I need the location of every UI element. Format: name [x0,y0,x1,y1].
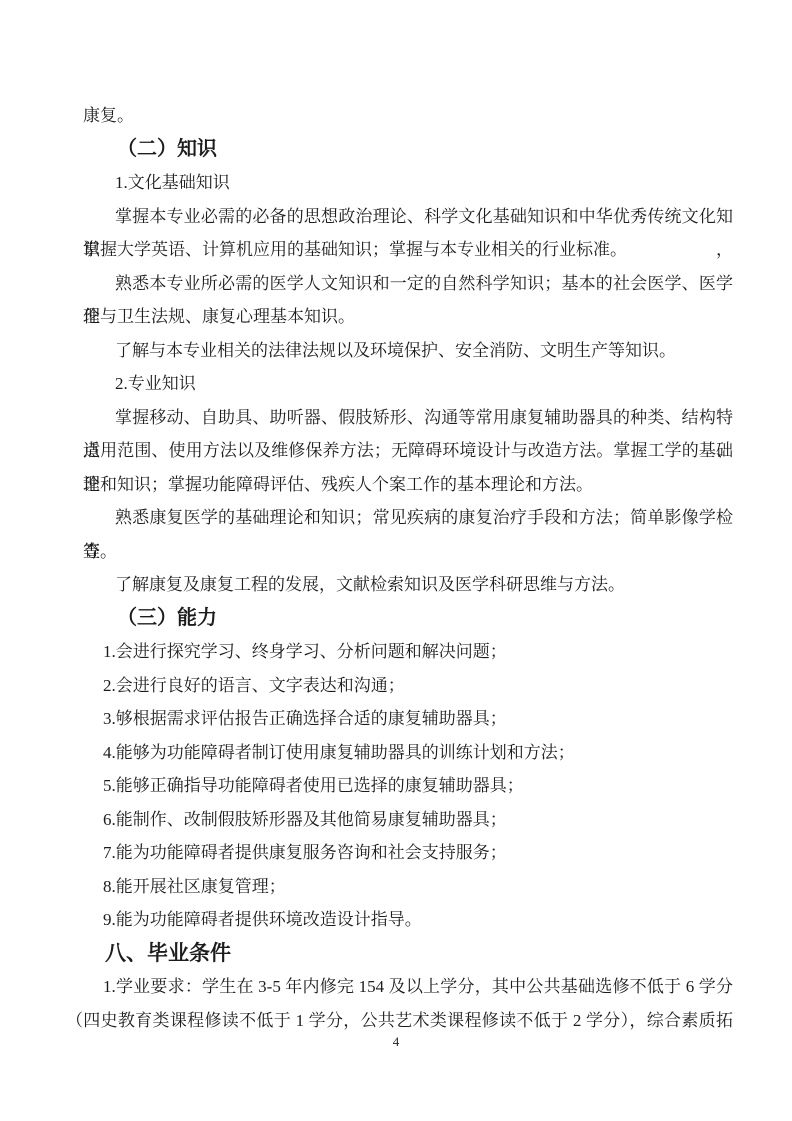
text: 八、毕业条件 [105,941,231,965]
text: 等。 [83,542,117,561]
paragraph-continuation-line: 理与卫生法规、康复心理基本知识。 [83,300,733,334]
text: 5.能够正确指导功能障碍者使用已选择的康复辅助器具； [103,776,524,795]
text: （二）知识 [117,138,217,160]
sub-heading-professional-knowledge: 2.专业知识 [83,367,733,401]
text: 8.能开展社区康复管理； [103,877,286,896]
section-heading-knowledge: （二）知识 [83,133,733,167]
ability-list-item-1: 1.会进行探究学习、终身学习、分析问题和解决问题； [83,635,733,669]
paragraph-first-line: 掌握本专业必需的必备的思想政治理论、科学文化基础知识和中华优秀传统文化知识， [83,200,733,234]
text: （三）能力 [117,607,217,629]
paragraph-first-line: 掌握移动、自助具、助听器、假肢矫形、沟通等常用康复辅助器具的种类、结构特点、 [83,401,733,435]
paragraph-first-line: 了解与本专业相关的法律法规以及环境保护、安全消防、文明生产等知识。 [83,334,733,368]
text: 2.会进行良好的语言、文字表达和沟通； [103,676,405,695]
ability-list-item-5: 5.能够正确指导功能障碍者使用已选择的康复辅助器具； [83,769,733,803]
ability-list-item-8: 8.能开展社区康复管理； [83,870,733,904]
text: 理与卫生法规、康复心理基本知识。 [83,307,355,326]
ability-list-item-7: 7.能为功能障碍者提供康复服务咨询和社会支持服务； [83,836,733,870]
text: 6.能制作、改制假肢矫形器及其他简易康复辅助器具； [103,810,507,829]
document-page: 康复。 （二）知识 1.文化基础知识 掌握本专业必需的必备的思想政治理论、科学文… [0,0,792,1121]
paragraph-continuation-line: 康复。 [83,99,733,133]
text: 3.够根据需求评估报告正确选择合适的康复辅助器具； [103,709,507,728]
text: 掌握大学英语、计算机应用的基础知识；掌握与本专业相关的行业标准。 [83,240,627,259]
ability-list-item-3: 3.够根据需求评估报告正确选择合适的康复辅助器具； [83,702,733,736]
text: 1.学业要求：学生在 3-5 年内修完 154 及以上学分，其中公共基础选修不低… [103,977,733,996]
text: 康复。 [83,106,134,125]
text: 了解与本专业相关的法律法规以及环境保护、安全消防、文明生产等知识。 [115,341,676,360]
paragraph-first-line: 熟悉本专业所必需的医学人文知识和一定的自然科学知识；基本的社会医学、医学伦 [83,267,733,301]
paragraph-first-line: 了解康复及康复工程的发展，文献检索知识及医学科研思维与方法。 [83,568,733,602]
page-number: 4 [0,1033,792,1051]
sub-heading-cultural-basics: 1.文化基础知识 [83,166,733,200]
text: （四史教育类课程修读不低于 1 学分，公共艺术类课程修读不低于 2 学分），综合… [66,1011,733,1030]
ability-list-item-6: 6.能制作、改制假肢矫形器及其他简易康复辅助器具； [83,803,733,837]
section-heading-ability: （三）能力 [83,602,733,636]
text: 2.专业知识 [115,374,196,393]
text: 1.文化基础知识 [115,173,230,192]
text: 了解康复及康复工程的发展，文献检索知识及医学科研思维与方法。 [115,575,625,594]
paragraph-continuation-line: 论和知识；掌握功能障碍评估、残疾人个案工作的基本理论和方法。 [83,468,733,502]
text: 7.能为功能障碍者提供康复服务咨询和社会支持服务； [103,843,507,862]
text: 9.能为功能障碍者提供环境改造设计指导。 [103,910,422,929]
ability-list-item-4: 4.能够为功能障碍者制订使用康复辅助器具的训练计划和方法； [83,736,733,770]
page-body-text: 康复。 （二）知识 1.文化基础知识 掌握本专业必需的必备的思想政治理论、科学文… [83,99,733,1037]
text: 4.能够为功能障碍者制订使用康复辅助器具的训练计划和方法； [103,743,575,762]
text: 论和知识；掌握功能障碍评估、残疾人个案工作的基本理论和方法。 [83,475,593,494]
ability-list-item-9: 9.能为功能障碍者提供环境改造设计指导。 [83,903,733,937]
paragraph-continuation-line: 等。 [83,535,733,569]
paragraph-continuation-line: 适用范围、使用方法以及维修保养方法；无障碍环境设计与改造方法。掌握工学的基础理 [83,434,733,468]
paragraph-first-line: 1.学业要求：学生在 3-5 年内修完 154 及以上学分，其中公共基础选修不低… [83,970,733,1004]
ability-list-item-2: 2.会进行良好的语言、文字表达和沟通； [83,669,733,703]
chapter-heading-graduation-requirements: 八、毕业条件 [83,937,733,971]
paragraph-continuation-line: （四史教育类课程修读不低于 1 学分，公共艺术类课程修读不低于 2 学分），综合… [83,1004,733,1038]
text: 1.会进行探究学习、终身学习、分析问题和解决问题； [103,642,507,661]
paragraph-first-line: 熟悉康复医学的基础理论和知识；常见疾病的康复治疗手段和方法；简单影像学检查 [83,501,733,535]
